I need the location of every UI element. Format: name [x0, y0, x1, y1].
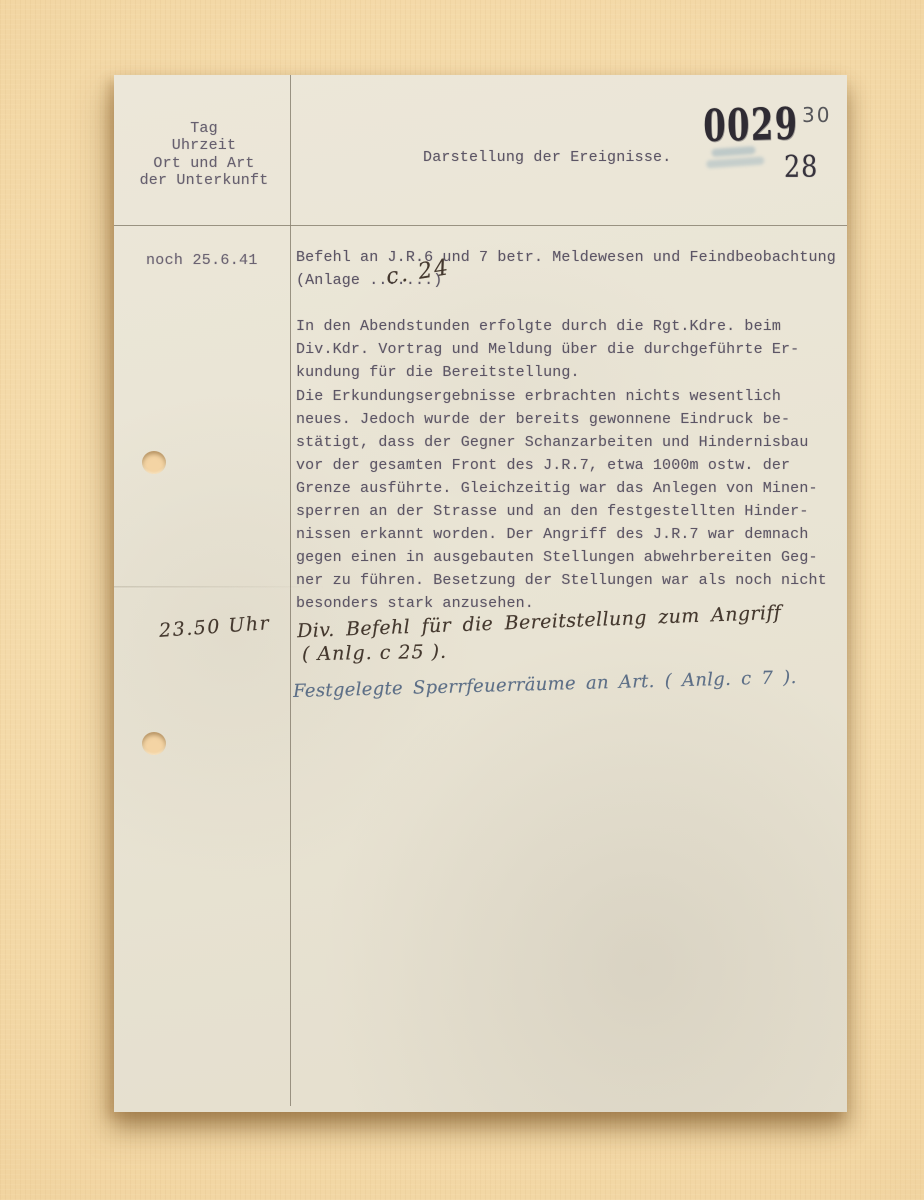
punch-hole-top — [142, 451, 166, 474]
column-divider-line — [290, 75, 291, 1106]
margin-time-note: 23.50 Uhr — [158, 612, 271, 642]
column-header-line: Uhrzeit — [124, 137, 284, 154]
column-header-line: Ort und Art — [124, 155, 284, 172]
paper-crease — [114, 586, 324, 589]
header-divider-line — [114, 225, 847, 226]
typed-line: Grenze ausführte. Gleichzeitig war das A… — [296, 477, 836, 500]
typed-line: Div.Kdr. Vortrag und Meldung über die du… — [296, 338, 836, 361]
typed-line: In den Abendstunden erfolgte durch die R… — [296, 315, 836, 338]
handwritten-blue-note: Festgelegte Sperrfeuerräume an Art. ( An… — [293, 667, 797, 702]
typed-annex-line: (Anlage .......) — [296, 269, 836, 292]
typed-line: sperren an der Strasse und an den festge… — [296, 500, 836, 523]
typed-line: nissen erkannt worden. Der Angriff des J… — [296, 523, 836, 546]
typed-blank-line — [296, 292, 836, 315]
pencil-page-number: 30 — [802, 105, 831, 125]
column-header-left: Tag Uhrzeit Ort und Art der Unterkunft — [124, 120, 284, 190]
scanned-document-photo: { "corner_marks": { "stamp_number": "002… — [0, 0, 924, 1200]
journal-page: Tag Uhrzeit Ort und Art der Unterkunft D… — [114, 75, 847, 1112]
handwritten-order-annex: ( Anlg. c 25 ). — [302, 641, 447, 666]
typed-line: kundung für die Bereitstellung. — [296, 361, 836, 384]
typed-line: vor der gesamten Front des J.R.7, etwa 1… — [296, 454, 836, 477]
typed-line: Die Erkundungsergebnisse erbrachten nich… — [296, 385, 836, 408]
punch-hole-bottom — [142, 732, 166, 755]
typed-line: ner zu führen. Besetzung der Stellungen … — [296, 569, 836, 592]
column-header-line: der Unterkunft — [124, 172, 284, 189]
typed-entry-text: Befehl an J.R.6 und 7 betr. Meldewesen u… — [296, 246, 836, 616]
column-header-line: Tag — [124, 120, 284, 137]
page-stamp-number: 0029 — [703, 103, 799, 149]
margin-date-note: noch 25.6.41 — [146, 252, 258, 269]
typed-line: neues. Jedoch wurde der bereits gewonnen… — [296, 408, 836, 431]
faded-stamp-stroke — [706, 156, 764, 168]
faded-blue-stamp-mark — [705, 143, 777, 174]
typed-subject-line: Befehl an J.R.6 und 7 betr. Meldewesen u… — [296, 246, 836, 269]
faded-stamp-stroke — [711, 146, 755, 157]
typed-line: gegen einen in ausgebauten Stellungen ab… — [296, 546, 836, 569]
typed-line: stätigt, dass der Gegner Schanzarbeiten … — [296, 431, 836, 454]
events-column-title: Darstellung der Ereignisse. — [423, 149, 671, 166]
page-number: 28 — [784, 153, 818, 183]
